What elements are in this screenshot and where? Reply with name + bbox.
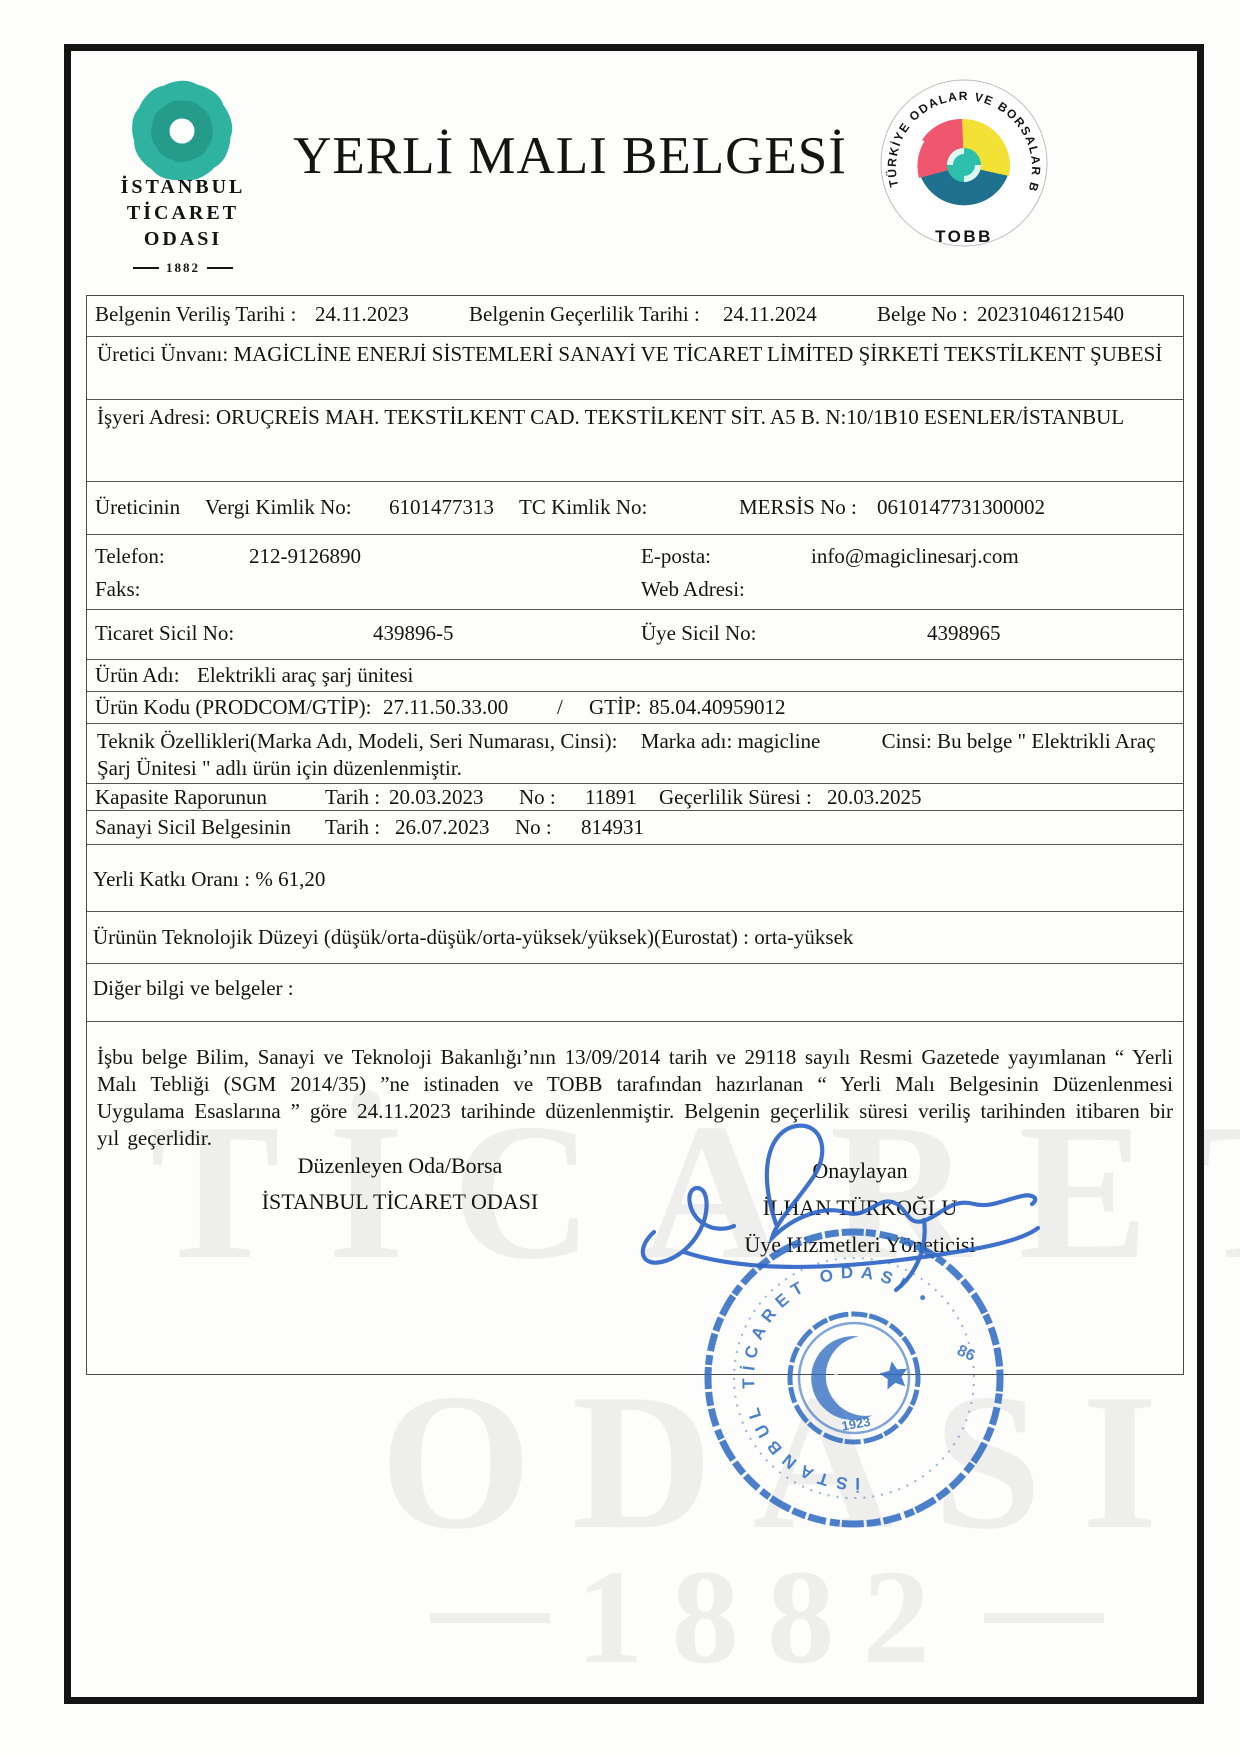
industry-no-label: No : [515, 815, 552, 840]
tobb-name-text: TOBB [935, 227, 993, 246]
row-contact: Telefon: 212-9126890 E-posta: info@magic… [87, 534, 1183, 609]
row-product-code: Ürün Kodu (PRODCOM/GTİP): 27.11.50.33.00… [87, 691, 1183, 723]
row-tax-ids: Üreticinin Vergi Kimlik No: 6101477313 T… [87, 481, 1183, 534]
producer-name-label: Üretici Ünvanı: [97, 342, 228, 366]
row-capacity-report: Kapasite Raporunun Tarih : 20.03.2023 No… [87, 783, 1183, 810]
issue-date-value: 24.11.2023 [315, 302, 409, 327]
row-producer-name: Üretici Ünvanı: MAGİCLİNE ENERJİ SİSTEML… [87, 336, 1183, 399]
valid-date-label: Belgenin Geçerlilik Tarihi : [469, 302, 700, 327]
svg-text:İSTANBUL TİCARET ODASI •: İSTANBUL TİCARET ODASI • [724, 1251, 962, 1508]
year-dash-left [133, 267, 159, 269]
technical-specs-cell: Teknik Özellikleri(Marka Adı, Modeli, Se… [87, 724, 1183, 782]
member-registry-label: Üye Sicil No: [641, 621, 757, 646]
cert-no-value: 20231046121540 [977, 302, 1124, 327]
phone-value: 212-9126890 [249, 544, 361, 569]
stamp-number: 86 [954, 1342, 977, 1365]
org-year-text: 1882 [166, 255, 200, 281]
gtip-value: 85.04.40959012 [649, 695, 786, 720]
email-value: info@magiclinesarj.com [811, 544, 1019, 569]
capacity-report-label: Kapasite Raporunun [95, 785, 267, 810]
row-address: İşyeri Adresi: ORUÇREİS MAH. TEKSTİLKENT… [87, 399, 1183, 481]
brand-value: Marka adı: magicline [641, 729, 821, 753]
web-label: Web Adresi: [641, 577, 745, 602]
org-line-odasi: ODASI [85, 226, 281, 252]
row-industry-registry: Sanayi Sicil Belgesinin Tarih : 26.07.20… [87, 810, 1183, 844]
tax-id-value: 6101477313 [389, 495, 494, 520]
cert-no-label: Belge No : [877, 302, 968, 327]
product-code-label: Ürün Kodu (PRODCOM/GTİP): [95, 695, 372, 720]
ito-logo-center [169, 118, 194, 143]
trade-registry-value: 439896-5 [373, 621, 454, 646]
capacity-date-value: 20.03.2023 [389, 785, 484, 810]
org-name-block: İSTANBUL TİCARET ODASI 1882 [85, 174, 281, 281]
row-local-content: Yerli Katkı Oranı : % 61,20 [87, 844, 1183, 911]
issuer-block: Düzenleyen Oda/Borsa İSTANBUL TİCARET OD… [200, 1148, 600, 1220]
row-dates: Belgenin Veriliş Tarihi : 24.11.2023 Bel… [87, 296, 1183, 336]
tax-id-label: Vergi Kimlik No: [205, 495, 352, 520]
local-content-text: Yerli Katkı Oranı : % 61,20 [93, 867, 325, 892]
trade-registry-label: Ticaret Sicil No: [95, 621, 234, 646]
page-title: YERLİ MALI BELGESİ [278, 126, 862, 186]
row-tech-level: Ürünün Teknolojik Düzeyi (düşük/orta-düş… [87, 911, 1183, 963]
member-registry-value: 4398965 [927, 621, 1001, 646]
row-product-name: Ürün Adı: Elektrikli araç şarj ünitesi [87, 659, 1183, 691]
capacity-validity-value: 20.03.2025 [827, 785, 922, 810]
org-line-istanbul: İSTANBUL [85, 174, 281, 200]
org-line-ticaret: TİCARET [85, 200, 281, 226]
tobb-logo: TÜRKİYE ODALAR VE BORSALAR BİRLİĞİ TOBB [878, 70, 1050, 256]
phone-label: Telefon: [95, 544, 165, 569]
code-separator: / [557, 695, 563, 720]
industry-date-value: 26.07.2023 [395, 815, 490, 840]
org-year-row: 1882 [85, 255, 281, 281]
capacity-no-value: 11891 [585, 785, 637, 810]
tech-level-text: Ürünün Teknolojik Düzeyi (düşük/orta-düş… [93, 925, 853, 950]
capacity-date-label: Tarih : [325, 785, 380, 810]
other-info-text: Diğer bilgi ve belgeler : [93, 976, 294, 1001]
valid-date-value: 24.11.2024 [723, 302, 817, 327]
tc-id-label: TC Kimlik No: [519, 495, 647, 520]
row-technical-specs: Teknik Özellikleri(Marka Adı, Modeli, Se… [87, 723, 1183, 783]
row-other-info: Diğer bilgi ve belgeler : [87, 963, 1183, 1021]
address-value: ORUÇREİS MAH. TEKSTİLKENT CAD. TEKSTİLKE… [216, 405, 1124, 429]
industry-registry-label: Sanayi Sicil Belgesinin [95, 815, 291, 840]
row-registry: Ticaret Sicil No: 439896-5 Üye Sicil No:… [87, 609, 1183, 659]
product-name-value: Elektrikli araç şarj ünitesi [197, 663, 413, 688]
mersis-value: 0610147731300002 [877, 495, 1045, 520]
industry-date-label: Tarih : [325, 815, 380, 840]
technical-specs-label: Teknik Özellikleri(Marka Adı, Modeli, Se… [97, 729, 618, 753]
product-code-value: 27.11.50.33.00 [383, 695, 508, 720]
producer-of-label: Üreticinin [95, 495, 180, 520]
official-stamp: İSTANBUL TİCARET ODASI • 1923 86 [698, 1222, 1010, 1534]
fax-label: Faks: [95, 577, 141, 602]
year-dash-right [207, 267, 233, 269]
capacity-no-label: No : [519, 785, 556, 810]
gtip-label: GTİP: [589, 695, 642, 720]
issuer-name: İSTANBUL TİCARET ODASI [200, 1184, 600, 1220]
mersis-label: MERSİS No : [739, 495, 857, 520]
capacity-validity-label: Geçerlilik Süresi : [659, 785, 812, 810]
stamp-ring-text: İSTANBUL TİCARET ODASI • [724, 1251, 962, 1508]
email-label: E-posta: [641, 544, 711, 569]
ito-logo [129, 78, 235, 184]
certificate-page: TİCARET ODASI 1882 [0, 0, 1240, 1754]
industry-no-value: 814931 [581, 815, 644, 840]
address-cell: İşyeri Adresi: ORUÇREİS MAH. TEKSTİLKENT… [87, 400, 1183, 432]
producer-name-cell: Üretici Ünvanı: MAGİCLİNE ENERJİ SİSTEML… [87, 337, 1183, 369]
issuer-title: Düzenleyen Oda/Borsa [200, 1148, 600, 1184]
producer-name-value: MAGİCLİNE ENERJİ SİSTEMLERİ SANAYİ VE Tİ… [233, 342, 1162, 366]
address-label: İşyeri Adresi: [97, 405, 211, 429]
product-name-label: Ürün Adı: [95, 663, 180, 688]
issue-date-label: Belgenin Veriliş Tarihi : [95, 302, 296, 327]
